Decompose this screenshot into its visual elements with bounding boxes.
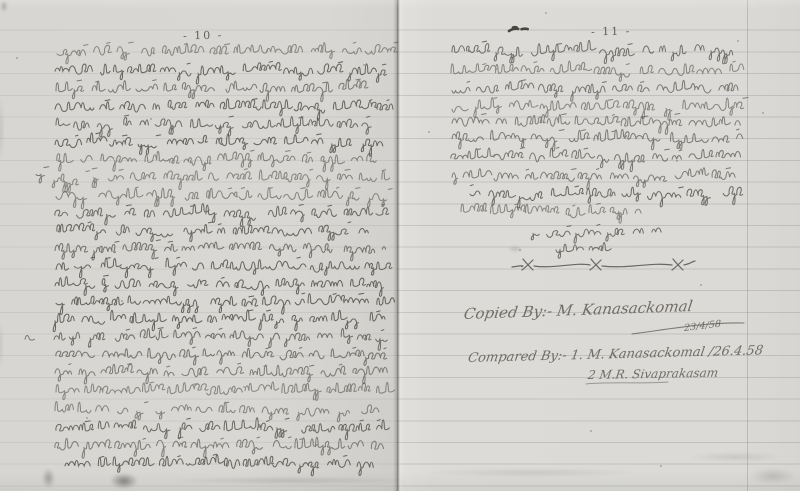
smudge: [42, 468, 55, 488]
left-page-handwriting: [52, 42, 398, 476]
speck: [86, 417, 88, 419]
speck: [609, 356, 611, 358]
speck: [519, 249, 521, 251]
speck: [676, 160, 678, 162]
document-scan: - 10 - - 11 - Copied By:- M. Kanasackoma…: [0, 0, 800, 491]
second-comparer-note: 2 M.R. Sivaprakasam: [587, 366, 719, 382]
page-number-left: - 10 -: [183, 29, 224, 43]
speck: [660, 465, 662, 467]
smudge: [110, 473, 138, 489]
smudge: [170, 477, 410, 484]
speck: [545, 12, 547, 14]
page-number-right: - 11 -: [591, 25, 632, 39]
speck: [121, 300, 123, 302]
handwriting-layer: [0, 0, 800, 491]
speck: [243, 386, 245, 388]
speck: [16, 57, 18, 59]
smudge: [425, 468, 640, 477]
smudge: [750, 468, 796, 484]
speck: [762, 112, 764, 114]
right-page-handwriting: [451, 40, 748, 223]
smudge: [688, 452, 783, 462]
ink-blot: [509, 27, 528, 31]
speck: [590, 430, 592, 432]
speck: [150, 118, 152, 120]
smudge: [0, 0, 8, 12]
speck: [363, 64, 365, 66]
left-margin-annotations: [25, 167, 49, 340]
speck: [737, 40, 739, 42]
closing-marks: [531, 224, 661, 258]
speck: [428, 131, 430, 133]
end-separator-squiggle: [512, 259, 695, 270]
speck: [700, 284, 702, 286]
